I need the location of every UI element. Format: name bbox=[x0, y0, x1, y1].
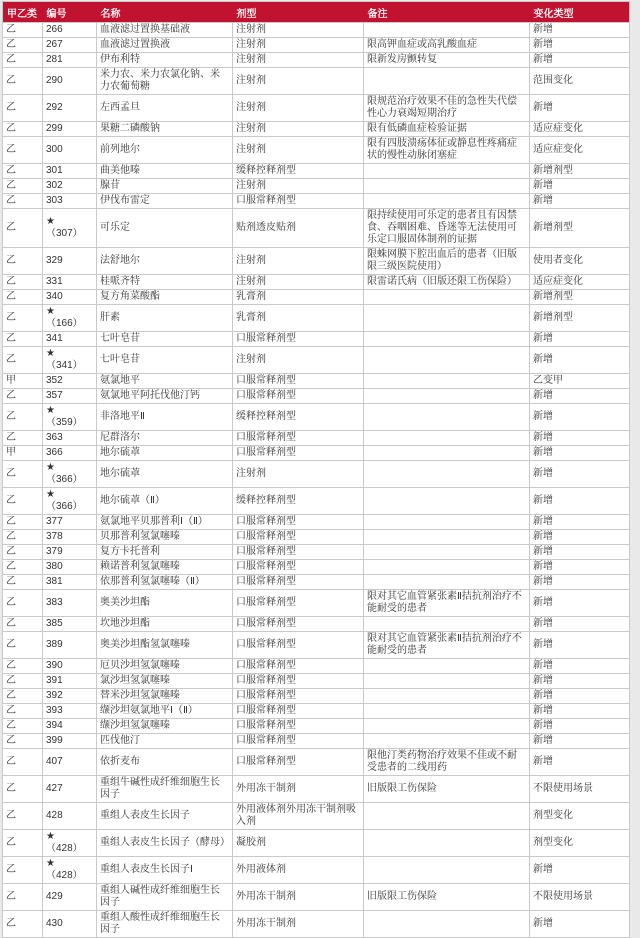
name-cell: 重组人表皮生长因子（酵母） bbox=[97, 830, 233, 857]
name-cell: 匹伐他汀 bbox=[97, 734, 233, 749]
form-cell: 口服常释剂型 bbox=[233, 704, 364, 719]
code-cell: 301 bbox=[43, 164, 97, 179]
remark-cell bbox=[364, 461, 530, 488]
table-row: 乙★ （428）重组人表皮生长因子Ⅰ外用液体剂新增 bbox=[3, 857, 630, 884]
class-cell: 乙 bbox=[3, 830, 43, 857]
table-row: 乙299果糖二磷酸钠注射剂限有低磷血症检验证据适应症变化 bbox=[3, 122, 630, 137]
class-cell: 乙 bbox=[3, 122, 43, 137]
form-cell: 口服常释剂型 bbox=[233, 431, 364, 446]
table-row: 乙363尼群洛尔口服常释剂型新增 bbox=[3, 431, 630, 446]
form-cell: 口服常释剂型 bbox=[233, 332, 364, 347]
name-cell: 前列地尔 bbox=[97, 137, 233, 164]
table-row: 乙★ （359）非洛地平Ⅱ缓释控释剂型新增 bbox=[3, 404, 630, 431]
code-cell: 378 bbox=[43, 530, 97, 545]
remark-cell: 限持续使用可乐定的患者且有因禁食、吞咽困难、昏迷等无法使用可乐定口服固体制剂的证… bbox=[364, 209, 530, 248]
name-cell: 法舒地尔 bbox=[97, 248, 233, 275]
name-cell: 依折麦布 bbox=[97, 749, 233, 776]
remark-cell bbox=[364, 911, 530, 938]
remark-cell: 限他汀类药物治疗效果不佳或不耐受患者的二线用药 bbox=[364, 749, 530, 776]
table-row: 乙380赖诺普利氢氯噻嗪口服常释剂型新增 bbox=[3, 560, 630, 575]
form-cell: 口服常释剂型 bbox=[233, 194, 364, 209]
remark-cell bbox=[364, 332, 530, 347]
class-cell: 乙 bbox=[3, 857, 43, 884]
table-row: 乙390厄贝沙坦氢氯噻嗪口服常释剂型新增 bbox=[3, 659, 630, 674]
code-cell: 391 bbox=[43, 674, 97, 689]
name-cell: 尼群洛尔 bbox=[97, 431, 233, 446]
change-cell: 新增 bbox=[530, 911, 630, 938]
form-cell: 缓释控释剂型 bbox=[233, 488, 364, 515]
class-cell: 乙 bbox=[3, 560, 43, 575]
name-cell: 氨氯地平 bbox=[97, 374, 233, 389]
change-cell: 新增 bbox=[530, 689, 630, 704]
code-cell: ★ （428） bbox=[43, 857, 97, 884]
class-cell: 乙 bbox=[3, 461, 43, 488]
change-cell: 新增 bbox=[530, 431, 630, 446]
code-cell: 390 bbox=[43, 659, 97, 674]
table-row: 乙427重组牛碱性成纤维细胞生长因子外用冻干制剂旧版限工伤保险不限使用场景 bbox=[3, 776, 630, 803]
code-cell: 394 bbox=[43, 719, 97, 734]
code-cell: ★ （307） bbox=[43, 209, 97, 248]
code-cell: ★ （428） bbox=[43, 830, 97, 857]
remark-cell bbox=[364, 689, 530, 704]
name-cell: 氨氯地平阿托伐他汀钙 bbox=[97, 389, 233, 404]
name-cell: 重组人表皮生长因子 bbox=[97, 803, 233, 830]
change-cell: 不限使用场景 bbox=[530, 884, 630, 911]
name-cell: 氨氯地平贝那普利Ⅰ（Ⅱ） bbox=[97, 515, 233, 530]
name-cell: 厄贝沙坦氢氯噻嗪 bbox=[97, 659, 233, 674]
name-cell: 替米沙坦氢氯噻嗪 bbox=[97, 689, 233, 704]
name-cell: 贝那普利氢氯噻嗪 bbox=[97, 530, 233, 545]
form-cell: 口服常释剂型 bbox=[233, 617, 364, 632]
table-row: 乙★ （366）地尔硫䓬（Ⅱ）缓释控释剂型新增 bbox=[3, 488, 630, 515]
name-cell: 重组人碱性成纤维细胞生长因子 bbox=[97, 884, 233, 911]
change-cell: 新增 bbox=[530, 719, 630, 734]
change-cell: 新增剂型 bbox=[530, 164, 630, 179]
form-cell: 注射剂 bbox=[233, 275, 364, 290]
code-cell: 363 bbox=[43, 431, 97, 446]
code-cell: 380 bbox=[43, 560, 97, 575]
change-cell: 新增 bbox=[530, 515, 630, 530]
class-cell: 乙 bbox=[3, 575, 43, 590]
code-cell: 267 bbox=[43, 38, 97, 53]
form-cell: 外用液体剂 bbox=[233, 857, 364, 884]
column-header-change: 变化类型 bbox=[530, 2, 630, 23]
change-cell: 新增 bbox=[530, 404, 630, 431]
class-cell: 乙 bbox=[3, 803, 43, 830]
change-cell: 新增 bbox=[530, 617, 630, 632]
code-cell: 389 bbox=[43, 632, 97, 659]
class-cell: 乙 bbox=[3, 659, 43, 674]
class-cell: 乙 bbox=[3, 347, 43, 374]
class-cell: 乙 bbox=[3, 884, 43, 911]
change-cell: 新增 bbox=[530, 347, 630, 374]
code-cell: 428 bbox=[43, 803, 97, 830]
table-row: 乙377氨氯地平贝那普利Ⅰ（Ⅱ）口服常释剂型新增 bbox=[3, 515, 630, 530]
form-cell: 口服常释剂型 bbox=[233, 719, 364, 734]
remark-cell bbox=[364, 704, 530, 719]
form-cell: 口服常释剂型 bbox=[233, 749, 364, 776]
form-cell: 注射剂 bbox=[233, 137, 364, 164]
remark-cell bbox=[364, 23, 530, 38]
class-cell: 乙 bbox=[3, 689, 43, 704]
name-cell: 奥美沙坦酯氢氯噻嗪 bbox=[97, 632, 233, 659]
class-cell: 乙 bbox=[3, 194, 43, 209]
form-cell: 注射剂 bbox=[233, 95, 364, 122]
name-cell: 肝素 bbox=[97, 305, 233, 332]
name-cell: 缬沙坦氢氯噻嗪 bbox=[97, 719, 233, 734]
form-cell: 注射剂 bbox=[233, 38, 364, 53]
form-cell: 口服常释剂型 bbox=[233, 374, 364, 389]
class-cell: 乙 bbox=[3, 734, 43, 749]
table-row: 乙381依那普利氢氯噻嗪（Ⅱ）口服常释剂型新增 bbox=[3, 575, 630, 590]
remark-cell bbox=[364, 68, 530, 95]
form-cell: 注射剂 bbox=[233, 122, 364, 137]
remark-cell bbox=[364, 659, 530, 674]
drug-change-table: 甲乙类 编号 名称 剂型 备注 变化类型 乙266血液滤过置换基础液注射剂新增乙… bbox=[2, 1, 630, 938]
table-row: 乙★ （366）地尔硫䓬注射剂新增 bbox=[3, 461, 630, 488]
table-row: 乙429重组人碱性成纤维细胞生长因子外用冻干制剂旧版限工伤保险不限使用场景 bbox=[3, 884, 630, 911]
code-cell: 281 bbox=[43, 53, 97, 68]
class-cell: 乙 bbox=[3, 719, 43, 734]
class-cell: 乙 bbox=[3, 95, 43, 122]
table-row: 乙393缬沙坦氨氯地平Ⅰ（Ⅱ）口服常释剂型新增 bbox=[3, 704, 630, 719]
remark-cell bbox=[364, 347, 530, 374]
remark-cell bbox=[364, 179, 530, 194]
class-cell: 乙 bbox=[3, 137, 43, 164]
class-cell: 乙 bbox=[3, 776, 43, 803]
form-cell: 外用冻干制剂 bbox=[233, 776, 364, 803]
code-cell: 292 bbox=[43, 95, 97, 122]
change-cell: 新增 bbox=[530, 857, 630, 884]
change-cell: 新增 bbox=[530, 560, 630, 575]
change-cell: 新增 bbox=[530, 461, 630, 488]
table-row: 乙302腺苷注射剂新增 bbox=[3, 179, 630, 194]
remark-cell bbox=[364, 617, 530, 632]
code-cell: 331 bbox=[43, 275, 97, 290]
form-cell: 口服常释剂型 bbox=[233, 446, 364, 461]
remark-cell: 限规范治疗效果不佳的急性失代偿性心力衰竭短期治疗 bbox=[364, 95, 530, 122]
remark-cell bbox=[364, 515, 530, 530]
code-cell: 385 bbox=[43, 617, 97, 632]
remark-cell: 限蛛网膜下腔出血后的患者（旧版限三级医院使用） bbox=[364, 248, 530, 275]
remark-cell bbox=[364, 164, 530, 179]
table-row: 乙383奥美沙坦酯口服常释剂型限对其它血管紧张素Ⅱ拮抗剂治疗不能耐受的患者新增 bbox=[3, 590, 630, 617]
name-cell: 地尔硫䓬 bbox=[97, 461, 233, 488]
class-cell: 乙 bbox=[3, 431, 43, 446]
column-header-code: 编号 bbox=[43, 2, 97, 23]
change-cell: 新增 bbox=[530, 488, 630, 515]
change-cell: 新增 bbox=[530, 674, 630, 689]
class-cell: 乙 bbox=[3, 389, 43, 404]
code-cell: 302 bbox=[43, 179, 97, 194]
table-row: 乙300前列地尔注射剂限有四肢溃疡体征或静息性疼痛症状的慢性动脉闭塞症适应症变化 bbox=[3, 137, 630, 164]
change-cell: 剂型变化 bbox=[530, 830, 630, 857]
remark-cell bbox=[364, 830, 530, 857]
name-cell: 桂哌齐特 bbox=[97, 275, 233, 290]
name-cell: 地尔硫䓬（Ⅱ） bbox=[97, 488, 233, 515]
code-cell: 429 bbox=[43, 884, 97, 911]
class-cell: 乙 bbox=[3, 53, 43, 68]
class-cell: 乙 bbox=[3, 275, 43, 290]
remark-cell bbox=[364, 560, 530, 575]
remark-cell: 旧版限工伤保险 bbox=[364, 776, 530, 803]
form-cell: 注射剂 bbox=[233, 68, 364, 95]
class-cell: 乙 bbox=[3, 590, 43, 617]
name-cell: 伊伐布雷定 bbox=[97, 194, 233, 209]
column-header-name: 名称 bbox=[97, 2, 233, 23]
table-row: 乙385坎地沙坦酯口服常释剂型新增 bbox=[3, 617, 630, 632]
remark-cell bbox=[364, 719, 530, 734]
table-row: 乙281伊布利特注射剂限新发房颤转复新增 bbox=[3, 53, 630, 68]
class-cell: 乙 bbox=[3, 545, 43, 560]
form-cell: 口服常释剂型 bbox=[233, 575, 364, 590]
name-cell: 重组牛碱性成纤维细胞生长因子 bbox=[97, 776, 233, 803]
change-cell: 不限使用场景 bbox=[530, 776, 630, 803]
table-row: 乙267血液滤过置换液注射剂限高钾血症或高乳酸血症新增 bbox=[3, 38, 630, 53]
table-row: 乙394缬沙坦氢氯噻嗪口服常释剂型新增 bbox=[3, 719, 630, 734]
form-cell: 贴剂透皮贴剂 bbox=[233, 209, 364, 248]
form-cell: 口服常释剂型 bbox=[233, 560, 364, 575]
name-cell: 重组人表皮生长因子Ⅰ bbox=[97, 857, 233, 884]
code-cell: 379 bbox=[43, 545, 97, 560]
change-cell: 新增 bbox=[530, 659, 630, 674]
form-cell: 外用液体剂外用冻干制剂吸入剂 bbox=[233, 803, 364, 830]
form-cell: 口服常释剂型 bbox=[233, 545, 364, 560]
code-cell: 381 bbox=[43, 575, 97, 590]
name-cell: 重组人酸性成纤维细胞生长因子 bbox=[97, 911, 233, 938]
class-cell: 乙 bbox=[3, 290, 43, 305]
change-cell: 新增剂型 bbox=[530, 305, 630, 332]
remark-cell bbox=[364, 194, 530, 209]
remark-cell: 限雷诺氏病（旧版还限工伤保险） bbox=[364, 275, 530, 290]
code-cell: ★ （359） bbox=[43, 404, 97, 431]
name-cell: 血液滤过置换液 bbox=[97, 38, 233, 53]
remark-cell: 限高钾血症或高乳酸血症 bbox=[364, 38, 530, 53]
code-cell: 377 bbox=[43, 515, 97, 530]
change-cell: 新增 bbox=[530, 704, 630, 719]
change-cell: 新增 bbox=[530, 545, 630, 560]
table-row: 乙331桂哌齐特注射剂限雷诺氏病（旧版还限工伤保险）适应症变化 bbox=[3, 275, 630, 290]
table-row: 乙301曲美他嗪缓释控释剂型新增剂型 bbox=[3, 164, 630, 179]
name-cell: 依那普利氢氯噻嗪（Ⅱ） bbox=[97, 575, 233, 590]
remark-cell bbox=[364, 803, 530, 830]
remark-cell bbox=[364, 374, 530, 389]
change-cell: 新增剂型 bbox=[530, 209, 630, 248]
table-row: 乙399匹伐他汀口服常释剂型新增 bbox=[3, 734, 630, 749]
class-cell: 甲 bbox=[3, 446, 43, 461]
remark-cell: 限新发房颤转复 bbox=[364, 53, 530, 68]
code-cell: 366 bbox=[43, 446, 97, 461]
remark-cell bbox=[364, 446, 530, 461]
remark-cell bbox=[364, 404, 530, 431]
name-cell: 可乐定 bbox=[97, 209, 233, 248]
code-cell: ★ （366） bbox=[43, 461, 97, 488]
change-cell: 新增 bbox=[530, 194, 630, 209]
remark-cell bbox=[364, 545, 530, 560]
form-cell: 口服常释剂型 bbox=[233, 659, 364, 674]
form-cell: 注射剂 bbox=[233, 179, 364, 194]
form-cell: 口服常释剂型 bbox=[233, 389, 364, 404]
change-cell: 新增 bbox=[530, 95, 630, 122]
form-cell: 缓释控释剂型 bbox=[233, 404, 364, 431]
form-cell: 口服常释剂型 bbox=[233, 674, 364, 689]
form-cell: 外用冻干制剂 bbox=[233, 911, 364, 938]
column-header-form: 剂型 bbox=[233, 2, 364, 23]
remark-cell bbox=[364, 290, 530, 305]
form-cell: 注射剂 bbox=[233, 461, 364, 488]
change-cell: 新增 bbox=[530, 389, 630, 404]
name-cell: 氯沙坦氢氯噻嗪 bbox=[97, 674, 233, 689]
form-cell: 乳膏剂 bbox=[233, 290, 364, 305]
table-row: 乙303伊伐布雷定口服常释剂型新增 bbox=[3, 194, 630, 209]
name-cell: 非洛地平Ⅱ bbox=[97, 404, 233, 431]
drug-table-container: 甲乙类 编号 名称 剂型 备注 变化类型 乙266血液滤过置换基础液注射剂新增乙… bbox=[0, 0, 640, 938]
class-cell: 乙 bbox=[3, 749, 43, 776]
remark-cell bbox=[364, 575, 530, 590]
name-cell: 复方角菜酸酯 bbox=[97, 290, 233, 305]
change-cell: 适应症变化 bbox=[530, 122, 630, 137]
table-row: 乙290米力农、米力农氯化钠、米力农葡萄糖注射剂范围变化 bbox=[3, 68, 630, 95]
change-cell: 剂型变化 bbox=[530, 803, 630, 830]
table-row: 乙329法舒地尔注射剂限蛛网膜下腔出血后的患者（旧版限三级医院使用）使用者变化 bbox=[3, 248, 630, 275]
table-row: 乙★ （166）肝素乳膏剂新增剂型 bbox=[3, 305, 630, 332]
change-cell: 新增 bbox=[530, 446, 630, 461]
column-header-remark: 备注 bbox=[364, 2, 530, 23]
name-cell: 伊布利特 bbox=[97, 53, 233, 68]
change-cell: 使用者变化 bbox=[530, 248, 630, 275]
table-row: 乙392替米沙坦氢氯噻嗪口服常释剂型新增 bbox=[3, 689, 630, 704]
table-row: 乙391氯沙坦氢氯噻嗪口服常释剂型新增 bbox=[3, 674, 630, 689]
form-cell: 口服常释剂型 bbox=[233, 515, 364, 530]
class-cell: 乙 bbox=[3, 515, 43, 530]
code-cell: 430 bbox=[43, 911, 97, 938]
table-row: 乙357氨氯地平阿托伐他汀钙口服常释剂型新增 bbox=[3, 389, 630, 404]
remark-cell bbox=[364, 431, 530, 446]
class-cell: 乙 bbox=[3, 911, 43, 938]
header-row: 甲乙类 编号 名称 剂型 备注 变化类型 bbox=[3, 2, 630, 23]
remark-cell bbox=[364, 857, 530, 884]
form-cell: 口服常释剂型 bbox=[233, 734, 364, 749]
remark-cell: 旧版限工伤保险 bbox=[364, 884, 530, 911]
code-cell: 266 bbox=[43, 23, 97, 38]
table-row: 乙379复方卡托普利口服常释剂型新增 bbox=[3, 545, 630, 560]
form-cell: 口服常释剂型 bbox=[233, 632, 364, 659]
name-cell: 复方卡托普利 bbox=[97, 545, 233, 560]
table-row: 乙★ （341）七叶皂苷注射剂新增 bbox=[3, 347, 630, 374]
table-row: 乙340复方角菜酸酯乳膏剂新增剂型 bbox=[3, 290, 630, 305]
code-cell: 407 bbox=[43, 749, 97, 776]
code-cell: 393 bbox=[43, 704, 97, 719]
name-cell: 赖诺普利氢氯噻嗪 bbox=[97, 560, 233, 575]
change-cell: 乙变甲 bbox=[530, 374, 630, 389]
name-cell: 地尔硫䓬 bbox=[97, 446, 233, 461]
remark-cell bbox=[364, 305, 530, 332]
class-cell: 乙 bbox=[3, 617, 43, 632]
code-cell: 341 bbox=[43, 332, 97, 347]
form-cell: 外用冻干制剂 bbox=[233, 884, 364, 911]
form-cell: 口服常释剂型 bbox=[233, 689, 364, 704]
class-cell: 甲 bbox=[3, 374, 43, 389]
code-cell: 340 bbox=[43, 290, 97, 305]
table-row: 乙407依折麦布口服常释剂型限他汀类药物治疗效果不佳或不耐受患者的二线用药新增 bbox=[3, 749, 630, 776]
table-row: 乙389奥美沙坦酯氢氯噻嗪口服常释剂型限对其它血管紧张素Ⅱ拮抗剂治疗不能耐受的患… bbox=[3, 632, 630, 659]
class-cell: 乙 bbox=[3, 68, 43, 95]
change-cell: 范围变化 bbox=[530, 68, 630, 95]
name-cell: 曲美他嗪 bbox=[97, 164, 233, 179]
form-cell: 缓释控释剂型 bbox=[233, 164, 364, 179]
change-cell: 新增 bbox=[530, 23, 630, 38]
class-cell: 乙 bbox=[3, 704, 43, 719]
class-cell: 乙 bbox=[3, 632, 43, 659]
change-cell: 新增 bbox=[530, 749, 630, 776]
remark-cell bbox=[364, 389, 530, 404]
name-cell: 缬沙坦氨氯地平Ⅰ（Ⅱ） bbox=[97, 704, 233, 719]
code-cell: 357 bbox=[43, 389, 97, 404]
class-cell: 乙 bbox=[3, 38, 43, 53]
change-cell: 新增剂型 bbox=[530, 290, 630, 305]
remark-cell: 限对其它血管紧张素Ⅱ拮抗剂治疗不能耐受的患者 bbox=[364, 590, 530, 617]
class-cell: 乙 bbox=[3, 23, 43, 38]
code-cell: 303 bbox=[43, 194, 97, 209]
change-cell: 新增 bbox=[530, 632, 630, 659]
form-cell: 注射剂 bbox=[233, 248, 364, 275]
table-row: 乙292左西孟旦注射剂限规范治疗效果不佳的急性失代偿性心力衰竭短期治疗新增 bbox=[3, 95, 630, 122]
remark-cell bbox=[364, 530, 530, 545]
table-row: 乙378贝那普利氢氯噻嗪口服常释剂型新增 bbox=[3, 530, 630, 545]
change-cell: 新增 bbox=[530, 53, 630, 68]
table-row: 乙266血液滤过置换基础液注射剂新增 bbox=[3, 23, 630, 38]
name-cell: 血液滤过置换基础液 bbox=[97, 23, 233, 38]
code-cell: ★ （366） bbox=[43, 488, 97, 515]
form-cell: 注射剂 bbox=[233, 53, 364, 68]
table-row: 乙341七叶皂苷口服常释剂型新增 bbox=[3, 332, 630, 347]
form-cell: 凝胶剂 bbox=[233, 830, 364, 857]
change-cell: 新增 bbox=[530, 332, 630, 347]
change-cell: 新增 bbox=[530, 734, 630, 749]
table-row: 乙★ （307）可乐定贴剂透皮贴剂限持续使用可乐定的患者且有因禁食、吞咽困难、昏… bbox=[3, 209, 630, 248]
class-cell: 乙 bbox=[3, 179, 43, 194]
form-cell: 注射剂 bbox=[233, 23, 364, 38]
page: { "colors":{ "header_bg":"#c1122f", "hea… bbox=[0, 0, 640, 938]
form-cell: 乳膏剂 bbox=[233, 305, 364, 332]
name-cell: 左西孟旦 bbox=[97, 95, 233, 122]
code-cell: ★ （166） bbox=[43, 305, 97, 332]
form-cell: 口服常释剂型 bbox=[233, 530, 364, 545]
code-cell: 352 bbox=[43, 374, 97, 389]
code-cell: 383 bbox=[43, 590, 97, 617]
remark-cell bbox=[364, 734, 530, 749]
name-cell: 坎地沙坦酯 bbox=[97, 617, 233, 632]
column-header-class: 甲乙类 bbox=[3, 2, 43, 23]
name-cell: 果糖二磷酸钠 bbox=[97, 122, 233, 137]
change-cell: 新增 bbox=[530, 38, 630, 53]
code-cell: 392 bbox=[43, 689, 97, 704]
name-cell: 米力农、米力农氯化钠、米力农葡萄糖 bbox=[97, 68, 233, 95]
code-cell: 329 bbox=[43, 248, 97, 275]
remark-cell: 限对其它血管紧张素Ⅱ拮抗剂治疗不能耐受的患者 bbox=[364, 632, 530, 659]
change-cell: 新增 bbox=[530, 575, 630, 590]
class-cell: 乙 bbox=[3, 209, 43, 248]
remark-cell: 限有四肢溃疡体征或静息性疼痛症状的慢性动脉闭塞症 bbox=[364, 137, 530, 164]
change-cell: 新增 bbox=[530, 590, 630, 617]
table-row: 乙★ （428）重组人表皮生长因子（酵母）凝胶剂剂型变化 bbox=[3, 830, 630, 857]
remark-cell bbox=[364, 488, 530, 515]
code-cell: 299 bbox=[43, 122, 97, 137]
code-cell: 399 bbox=[43, 734, 97, 749]
name-cell: 七叶皂苷 bbox=[97, 332, 233, 347]
change-cell: 适应症变化 bbox=[530, 275, 630, 290]
name-cell: 奥美沙坦酯 bbox=[97, 590, 233, 617]
